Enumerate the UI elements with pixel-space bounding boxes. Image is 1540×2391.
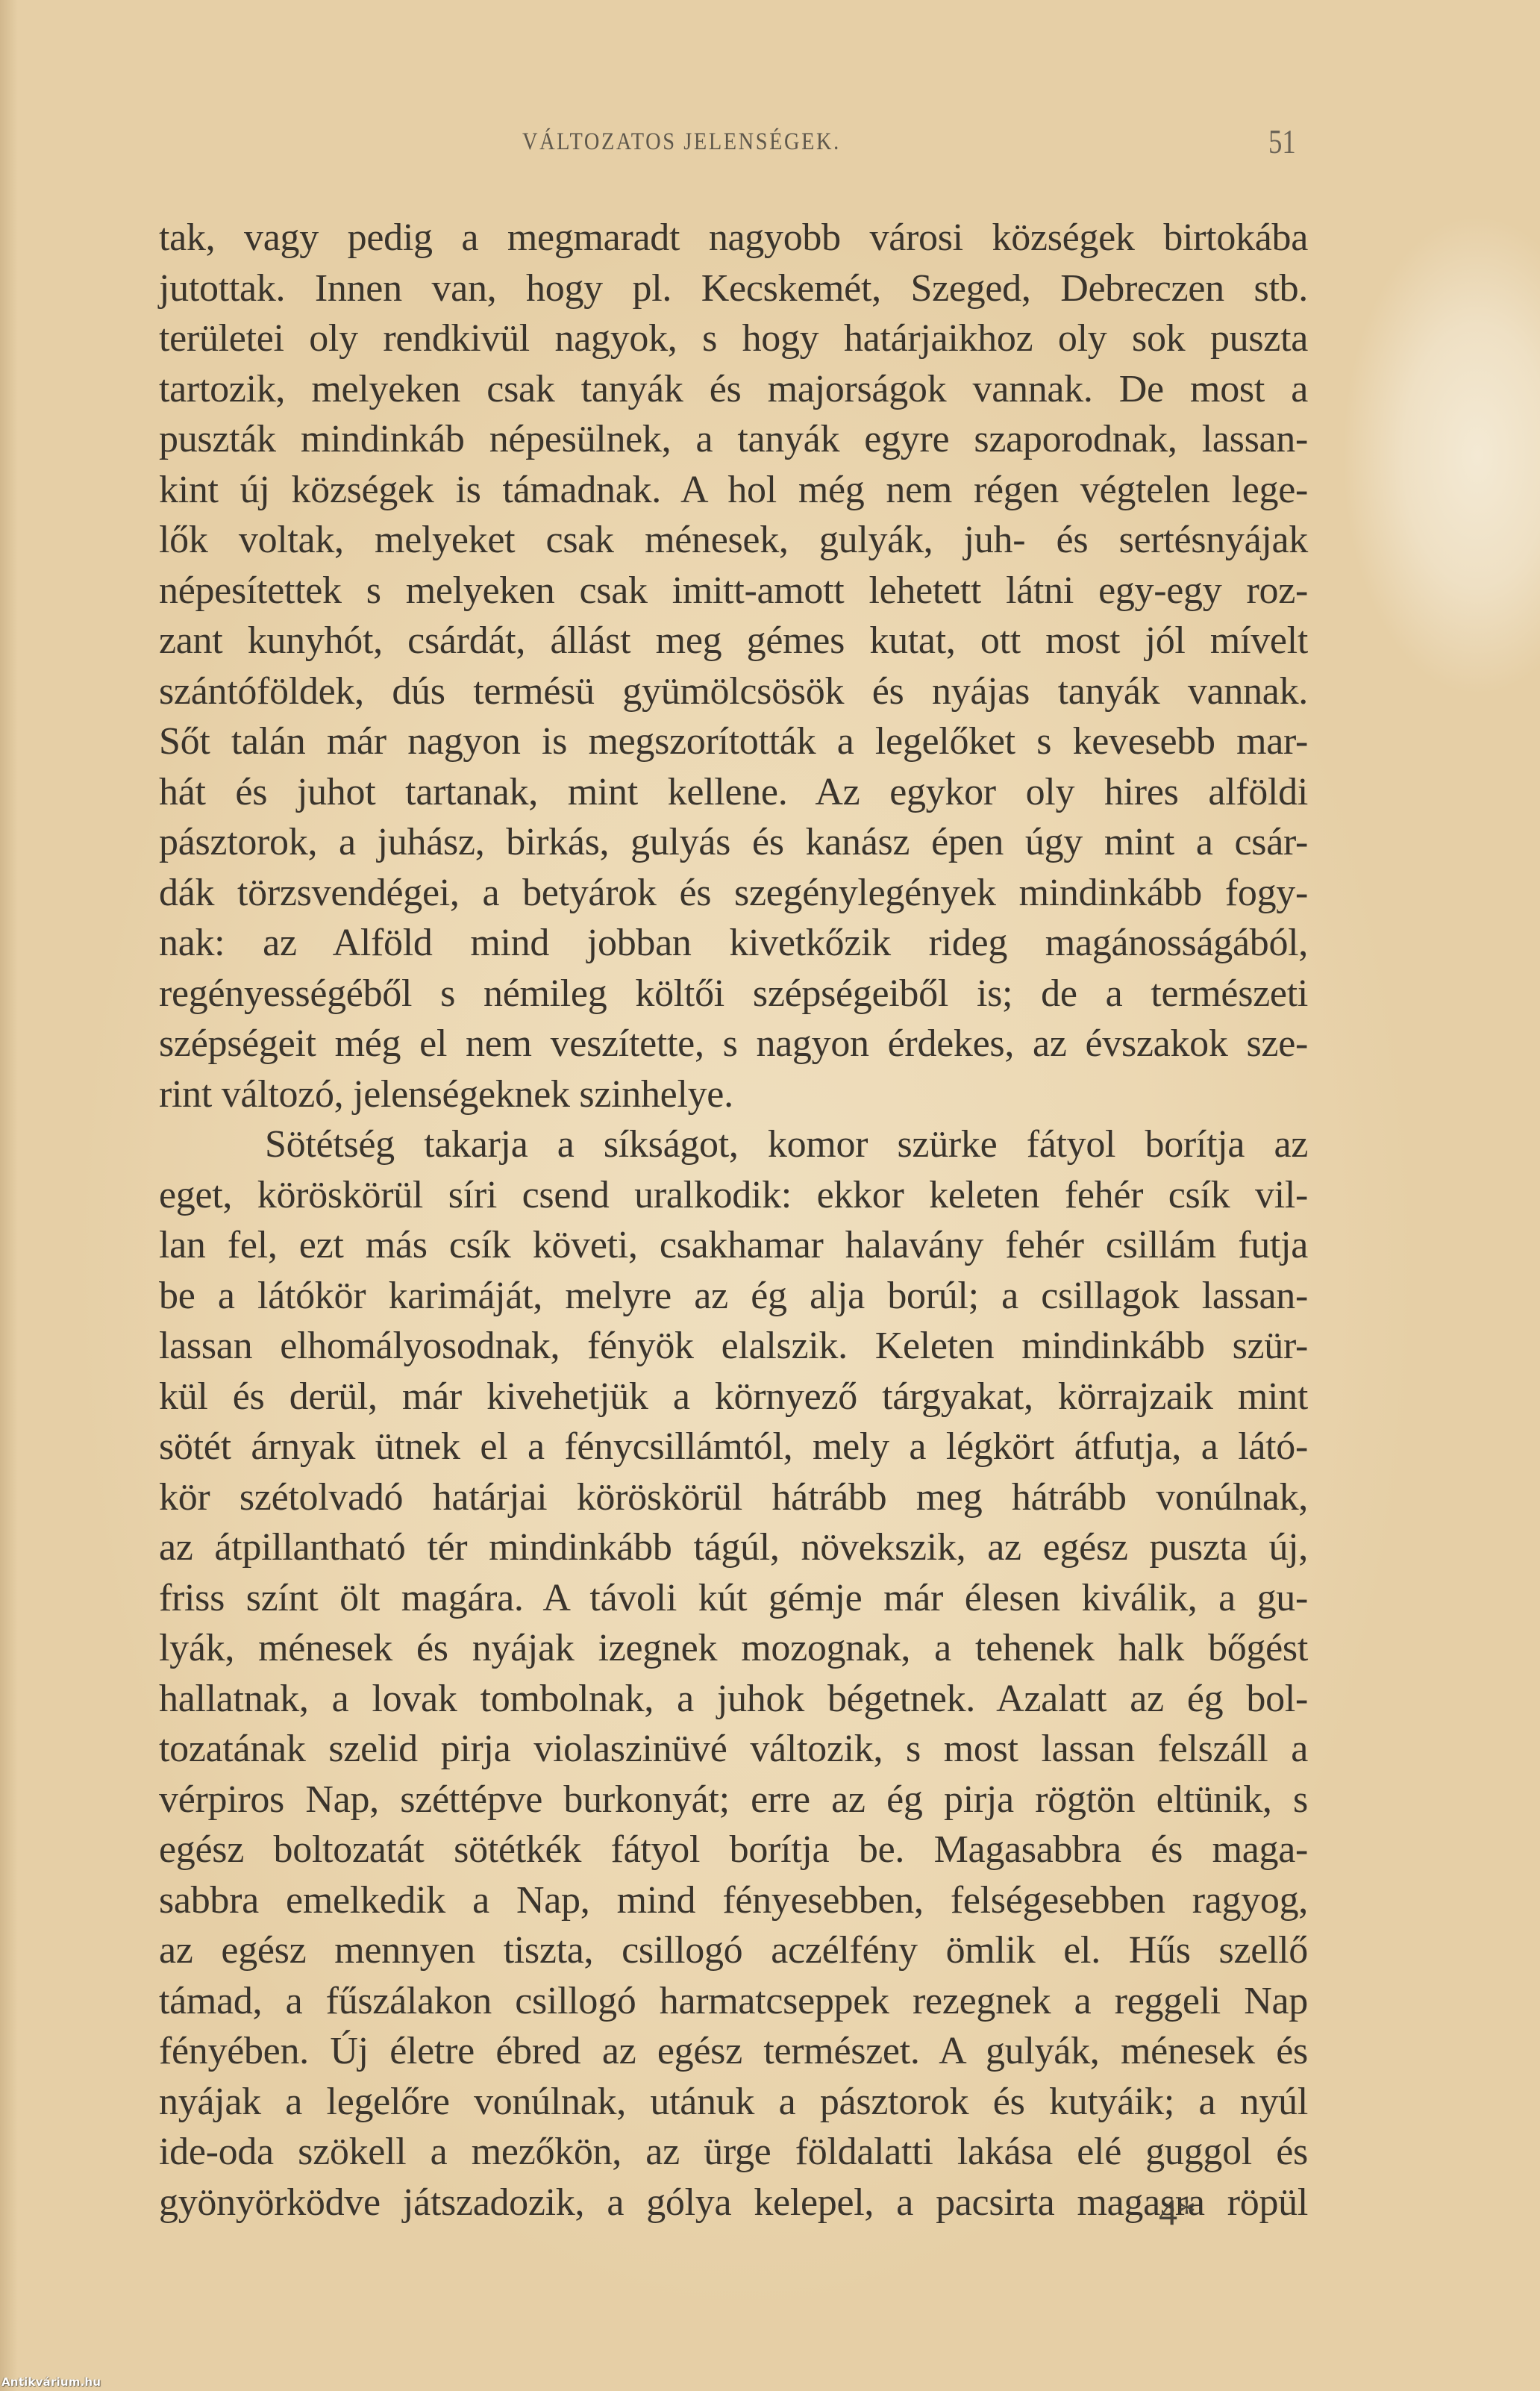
text-line: kint új községek is támadnak. A hol még … — [159, 465, 1308, 516]
running-head: VÁLTOZATOS JELENSÉGEK. — [522, 128, 841, 156]
text-line: zant kunyhót, csárdát, állást meg gémes … — [159, 616, 1308, 666]
text-line: pásztorok, a juhász, birkás, gulyás és k… — [159, 817, 1308, 868]
text-line: regényességéből s némileg költői szépség… — [159, 969, 1308, 1019]
text-line: vérpiros Nap, széttépve burkonyát; erre … — [159, 1775, 1308, 1825]
text-line: nak: az Alföld mind jobban kivetkőzik ri… — [159, 918, 1308, 969]
text-line: be a látókör karimáját, melyre az ég alj… — [159, 1271, 1308, 1322]
text-line: kör szétolvadó határjai köröskörül hátrá… — [159, 1472, 1308, 1523]
paragraph-start-line: Sötétség takarja a síkságot, komor szürk… — [159, 1119, 1308, 1170]
text-line: lan fel, ezt más csík követi, csakhamar … — [159, 1220, 1308, 1271]
text-line: egész boltozatát sötétkék fátyol borítja… — [159, 1825, 1308, 1875]
text-line: hát és juhot tartanak, mint kellene. Az … — [159, 767, 1308, 818]
watermark: Antikvárium.hu — [1, 2375, 101, 2389]
text-line: nyájak a legelőre vonúlnak, utánuk a pás… — [159, 2077, 1308, 2128]
page-number: 51 — [1268, 122, 1296, 161]
text-line: tozatának szelid pirja violaszinüvé vált… — [159, 1724, 1308, 1775]
text-line: lassan elhomályosodnak, fényök elalszik.… — [159, 1321, 1308, 1372]
text-line: hallatnak, a lovak tombolnak, a juhok bé… — [159, 1674, 1308, 1725]
page-edge-shadow — [0, 0, 18, 2391]
text-line: területei oly rendkivül nagyok, s hogy h… — [159, 313, 1308, 364]
text-line: szépségeit még el nem veszítette, s nagy… — [159, 1019, 1308, 1069]
text-line: puszták mindinkáb népesülnek, a tanyák e… — [159, 414, 1308, 465]
text-line: az átpillantható tér mindinkább tágúl, n… — [159, 1522, 1308, 1573]
text-line: jutottak. Innen van, hogy pl. Kecskemét,… — [159, 263, 1308, 314]
text-line: ide-oda szökell a mezőkön, az ürge földa… — [159, 2127, 1308, 2178]
text-line: lők voltak, melyeket csak ménesek, gulyá… — [159, 515, 1308, 566]
text-line: dák törzsvendégei, a betyárok és szegény… — [159, 868, 1308, 919]
text-line: támad, a fűszálakon csillogó harmatcsepp… — [159, 1976, 1308, 2027]
text-line: sötét árnyak ütnek el a fénycsillámtól, … — [159, 1422, 1308, 1472]
text-line: kül és derül, már kivehetjük a környező … — [159, 1372, 1308, 1422]
text-line: friss színt ölt magára. A távoli kút gém… — [159, 1573, 1308, 1624]
text-line: szántóföldek, dús termésü gyümölcsösök é… — [159, 666, 1308, 717]
text-line: gyönyörködve játszadozik, a gólya kelepe… — [159, 2178, 1308, 2228]
text-line: eget, köröskörül síri csend uralkodik: e… — [159, 1170, 1308, 1221]
body-text: tak, vagy pedig a megmaradt nagyobb váro… — [159, 213, 1308, 2228]
text-line: Sőt talán már nagyon is megszorították a… — [159, 716, 1308, 767]
text-line: az egész mennyen tiszta, csillogó aczélf… — [159, 1925, 1308, 1976]
text-line: lyák, ménesek és nyájak izegnek mozognak… — [159, 1623, 1308, 1674]
text-line: fényében. Új életre ébred az egész termé… — [159, 2026, 1308, 2077]
text-line: tak, vagy pedig a megmaradt nagyobb váro… — [159, 213, 1308, 263]
text-line: népesítettek s melyeken csak imitt-amott… — [159, 566, 1308, 616]
text-line: tartozik, melyeken csak tanyák és majors… — [159, 364, 1308, 415]
paragraph-end-line: rint változó, jelenségeknek szinhelye. — [159, 1069, 1308, 1120]
text-line: sabbra emelkedik a Nap, mind fényesebben… — [159, 1875, 1308, 1926]
signature-mark: 4* — [1159, 2190, 1196, 2234]
